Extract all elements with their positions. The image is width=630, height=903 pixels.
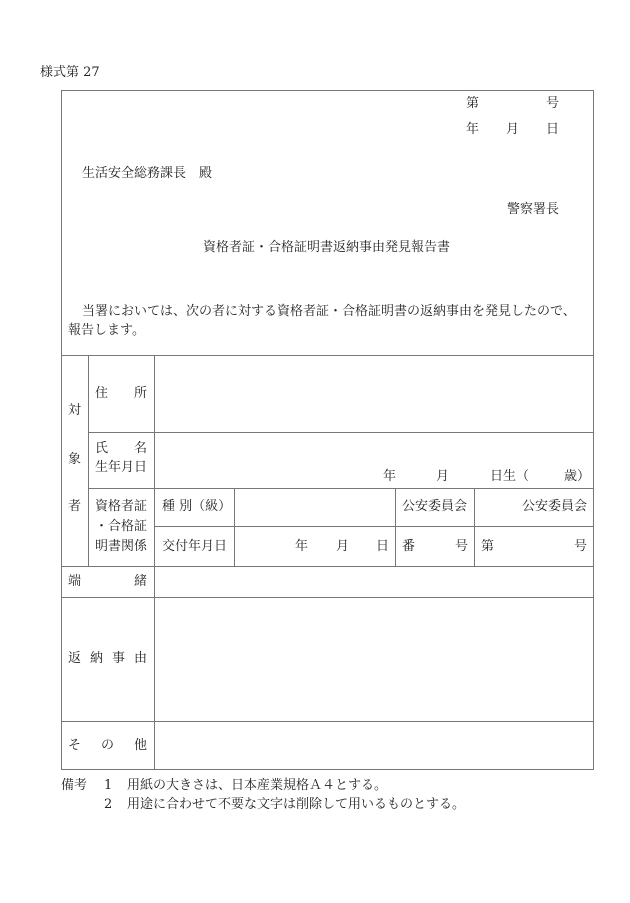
number-prefix: 第: [466, 97, 479, 110]
address-field[interactable]: [155, 356, 593, 431]
number-label: 番号: [402, 540, 468, 553]
divider: [395, 488, 396, 566]
birthdate-label: 生年月日: [95, 461, 147, 474]
birth-year: 年: [383, 470, 396, 483]
type-field[interactable]: [235, 489, 394, 525]
name-label: 氏名: [95, 442, 147, 455]
commission-label-2: 公安委員会: [522, 500, 587, 513]
addressee: 生活安全総務課長 殿: [82, 167, 212, 180]
note-2-number: 2: [104, 798, 112, 811]
other-label: その他: [68, 739, 147, 752]
birth-day: 日生（: [490, 470, 529, 483]
issue-date-label: 交付年月日: [162, 540, 227, 553]
sender: 警察署長: [507, 203, 559, 216]
divider: [474, 488, 475, 566]
commission-label-1: 公安委員会: [402, 500, 467, 513]
reason-field[interactable]: [155, 598, 593, 720]
form-number: 様式第 27: [40, 66, 100, 79]
number-suffix: 号: [546, 97, 559, 110]
note-2-text: 用途に合わせて不要な文字は削除して用いるものとする。: [127, 798, 465, 811]
qual-label-1: 資格者証: [95, 500, 147, 513]
other-field[interactable]: [155, 722, 593, 769]
origin-label: 端緒: [68, 575, 147, 588]
age: 歳）: [564, 470, 590, 483]
reason-label: 返納事由: [68, 652, 147, 665]
document-title: 資格者証・合格証明書返納事由発見報告書: [203, 241, 450, 254]
type-label: 種 別（級）: [162, 500, 231, 513]
date-day: 日: [546, 123, 559, 136]
birth-month: 月: [436, 470, 449, 483]
note-1-text: 用紙の大きさは、日本産業規格Ａ４とする。: [127, 779, 387, 792]
qual-label-2: ・合格証: [95, 520, 147, 533]
number-value: 第号: [481, 540, 587, 553]
date-month: 月: [506, 123, 519, 136]
note-1-number: 1: [104, 779, 112, 792]
address-label: 住所: [95, 387, 147, 400]
issue-month: 月: [336, 540, 349, 553]
qual-label-3: 明書関係: [95, 540, 147, 553]
divider: [88, 355, 89, 566]
body-text-line2: 報告します。: [68, 324, 145, 337]
divider: [154, 526, 594, 527]
subject-label-3: 者: [68, 500, 81, 513]
issue-year: 年: [295, 540, 308, 553]
subject-label-2: 象: [68, 453, 81, 466]
issue-day: 日: [376, 540, 389, 553]
body-text-line1: 当署においては、次の者に対する資格者証・合格証明書の返納事由を発見したので、: [82, 305, 576, 318]
date-year: 年: [466, 123, 479, 136]
origin-field[interactable]: [155, 567, 593, 596]
notes-label: 備考: [61, 779, 87, 792]
subject-label-1: 対: [68, 404, 81, 417]
